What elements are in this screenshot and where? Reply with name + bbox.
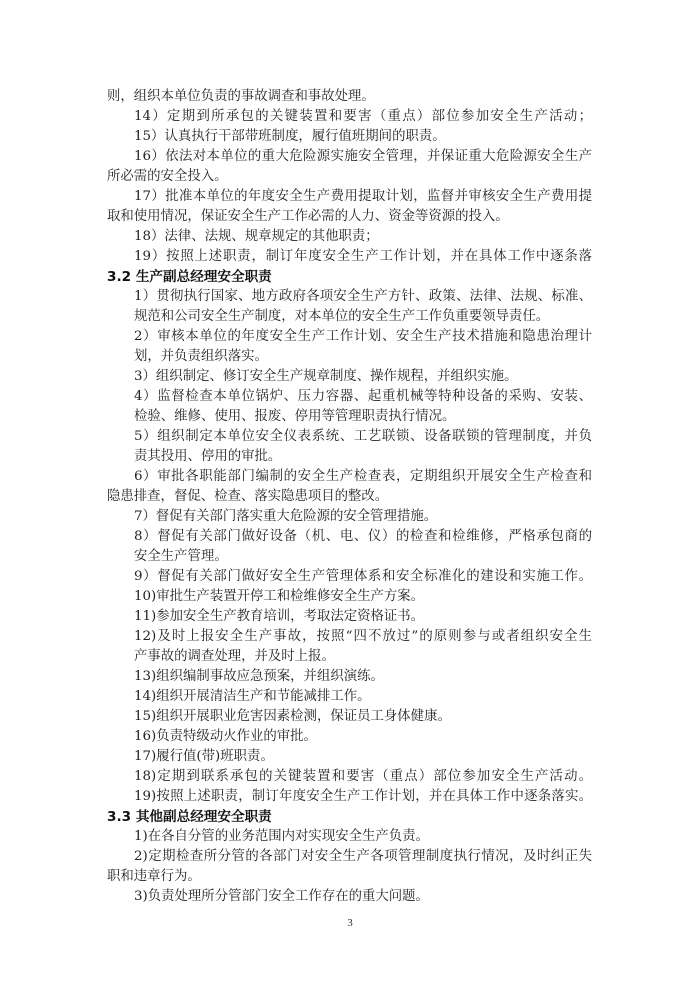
text-line: 12)及时上报安全生产事故，按照“四不放过”的原则参与或者组织安全生 bbox=[107, 627, 592, 647]
text-line: 17）批准本单位的年度安全生产费用提取计划，监督并审核安全生产费用提 bbox=[107, 187, 592, 207]
text-line: 所必需的安全投入。 bbox=[107, 167, 592, 187]
text-line: 产事故的调查处理，并及时上报。 bbox=[107, 647, 592, 667]
text-line: 1)在各自分管的业务范围内对实现安全生产负责。 bbox=[107, 827, 592, 847]
text-line: 17)履行值(带)班职责。 bbox=[107, 747, 592, 767]
text-line: 19)按照上述职责，制订年度安全生产工作计划，并在具体工作中逐条落实。 bbox=[107, 787, 592, 807]
section-heading: 3.2 生产副总经理安全职责 bbox=[107, 267, 592, 287]
text-line: 9）督促有关部门做好安全生产管理体系和安全标准化的建设和实施工作。 bbox=[107, 567, 592, 587]
text-line: 1）贯彻执行国家、地方政府各项安全生产方针、政策、法律、法规、标准、 bbox=[107, 287, 592, 307]
text-line: 15)组织开展职业危害因素检测，保证员工身体健康。 bbox=[107, 707, 592, 727]
text-line: 18)定期到联系承包的关键装置和要害（重点）部位参加安全生产活动。 bbox=[107, 767, 592, 787]
text-line: 19）按照上述职责，制订年度安全生产工作计划，并在具体工作中逐条落实。 bbox=[107, 247, 592, 267]
text-line: 11)参加安全生产教育培训，考取法定资格证书。 bbox=[107, 607, 592, 627]
text-line: 8）督促有关部门做好设备（机、电、仪）的检查和检维修，严格承包商的 bbox=[107, 527, 592, 547]
page-body: 则，组织本单位负责的事故调查和事故处理。14）定期到所承包的关键装置和要害（重点… bbox=[107, 87, 592, 907]
page-number: 3 bbox=[344, 917, 356, 929]
text-line: 检验、维修、使用、报废、停用等管理职责执行情况。 bbox=[107, 407, 592, 427]
text-line: 6）审批各职能部门编制的安全生产检查表，定期组织开展安全生产检查和 bbox=[107, 467, 592, 487]
text-line: 14）定期到所承包的关键装置和要害（重点）部位参加安全生产活动； bbox=[107, 107, 592, 127]
text-line: 16)负责特级动火作业的审批。 bbox=[107, 727, 592, 747]
text-line: 14)组织开展清洁生产和节能减排工作。 bbox=[107, 687, 592, 707]
text-line: 7）督促有关部门落实重大危险源的安全管理措施。 bbox=[107, 507, 592, 527]
text-line: 规范和公司安全生产制度，对本单位的安全生产工作负重要领导责任。 bbox=[107, 307, 592, 327]
text-line: 13)组织编制事故应急预案，并组织演练。 bbox=[107, 667, 592, 687]
text-line: 16）依法对本单位的重大危险源实施安全管理，并保证重大危险源安全生产 bbox=[107, 147, 592, 167]
text-line: 职和违章行为。 bbox=[107, 867, 592, 887]
text-line: 安全生产管理。 bbox=[107, 547, 592, 567]
text-line: 责其投用、停用的审批。 bbox=[107, 447, 592, 467]
text-line: 15）认真执行干部带班制度，履行值班期间的职责。 bbox=[107, 127, 592, 147]
text-line: 4）监督检查本单位锅炉、压力容器、起重机械等特种设备的采购、安装、 bbox=[107, 387, 592, 407]
text-line: 则，组织本单位负责的事故调查和事故处理。 bbox=[107, 87, 592, 107]
text-line: 隐患排查，督促、检查、落实隐患项目的整改。 bbox=[107, 487, 592, 507]
text-line: 10)审批生产装置开停工和检维修安全生产方案。 bbox=[107, 587, 592, 607]
text-line: 取和使用情况，保证安全生产工作必需的人力、资金等资源的投入。 bbox=[107, 207, 592, 227]
text-line: 3）组织制定、修订安全生产规章制度、操作规程，并组织实施。 bbox=[107, 367, 592, 387]
text-line: 3)负责处理所分管部门安全工作存在的重大问题。 bbox=[107, 887, 592, 907]
text-line: 划，并负责组织落实。 bbox=[107, 347, 592, 367]
section-heading: 3.3 其他副总经理安全职责 bbox=[107, 807, 592, 827]
text-line: 2）审核本单位的年度安全生产工作计划、安全生产技术措施和隐患治理计 bbox=[107, 327, 592, 347]
text-line: 5）组织制定本单位安全仪表系统、工艺联锁、设备联锁的管理制度，并负 bbox=[107, 427, 592, 447]
text-line: 18）法律、法规、规章规定的其他职责； bbox=[107, 227, 592, 247]
text-line: 2)定期检查所分管的各部门对安全生产各项管理制度执行情况，及时纠正失 bbox=[107, 847, 592, 867]
document-page: 则，组织本单位负责的事故调查和事故处理。14）定期到所承包的关键装置和要害（重点… bbox=[0, 0, 700, 990]
